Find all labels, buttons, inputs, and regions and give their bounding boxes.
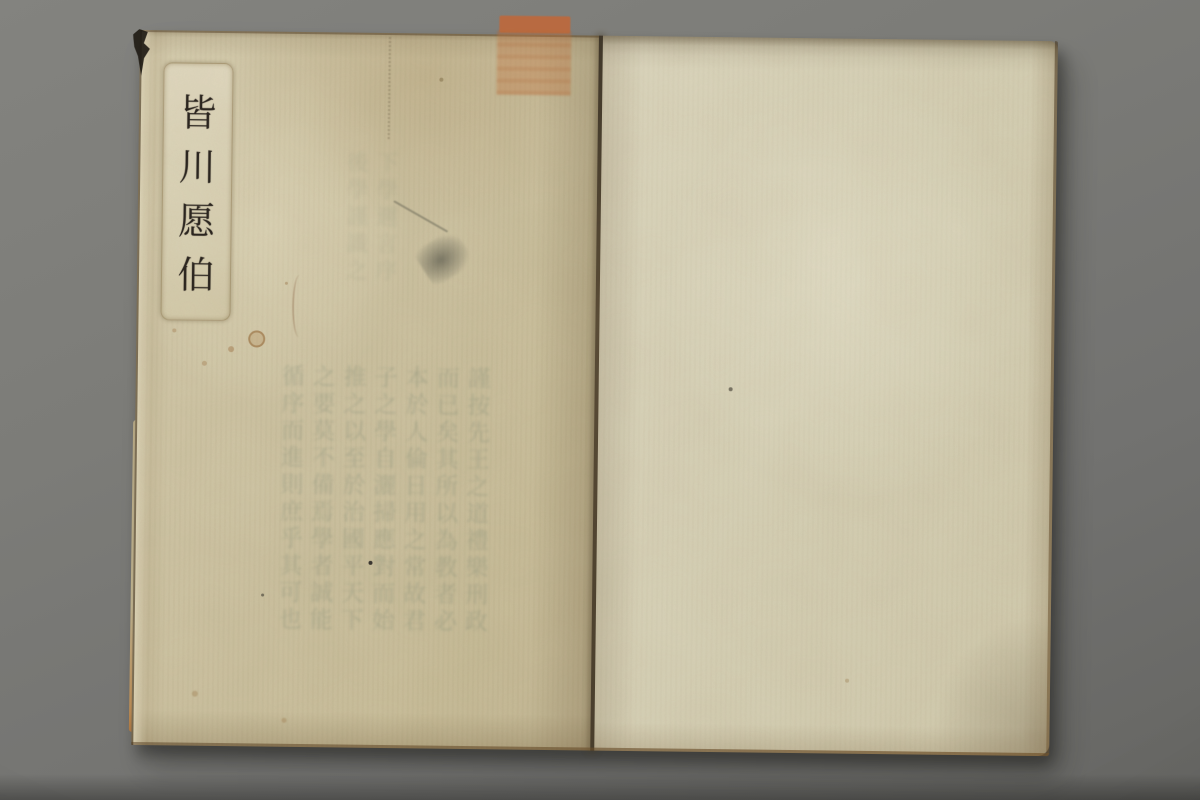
left-page-top-edge [140,30,602,38]
title-char: 皆 [179,94,216,131]
foxing-spot [282,718,287,723]
edge-label-tab [499,16,570,34]
dark-speck [261,594,264,597]
left-page: 下學邇言序 後學謹識之 謹按先王之道禮樂刑政 而已矣其所以為教者必 本於人倫日用… [131,30,602,751]
right-page: 十中0 637 [594,36,1058,757]
dark-speck [729,387,733,391]
title-char: 川 [179,148,216,185]
foxing-spot [845,679,849,683]
foxing-spot [172,328,176,332]
photo-bottom-shadow [0,774,1200,800]
foxing-spot [285,282,288,285]
cover-fore-edge [131,30,155,745]
foxing-spot [228,346,234,352]
bleedthrough-text: 謹按先王之道禮樂刑政 而已矣其所以為教者必 本於人倫日用之常故君 子之學自灑掃應… [260,364,492,707]
crease-line [388,37,392,139]
foxing-spot [439,78,443,82]
photo-scene: 下學邇言序 後學謹識之 謹按先王之道禮樂刑政 而已矣其所以為教者必 本於人倫日用… [0,0,1200,800]
title-slip: 皆 川 愿 伯 [160,62,233,321]
bleedthrough-text-upper: 下學邇言序 後學謹識之 [332,150,401,376]
ink-smudge [413,227,476,288]
scratch-mark [393,200,448,232]
foxing-spot [202,361,207,366]
dark-speck [368,561,372,565]
title-char: 伯 [177,256,214,293]
hair-crease [292,275,306,337]
foxing-spot [248,330,265,347]
book: 下學邇言序 後學謹識之 謹按先王之道禮樂刑政 而已矣其所以為教者必 本於人倫日用… [131,30,1058,756]
title-char: 愿 [178,202,215,239]
foxing-spot [192,691,198,697]
